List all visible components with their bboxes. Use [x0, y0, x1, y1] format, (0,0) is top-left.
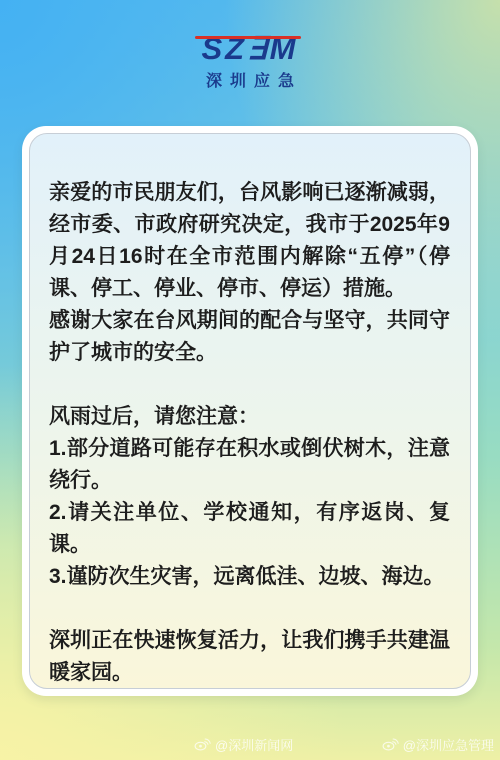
logo-subtitle: 深圳应急 [0, 68, 500, 91]
tip-item: 2.请关注单位、学校通知，有序返岗、复课。 [49, 497, 450, 561]
intro-block: 亲爱的市民朋友们，台风影响已逐渐减弱，经市委、市政府研究决定，我市于2025年9… [49, 177, 450, 369]
typhoon-notice-poster: SZ∃M 深圳应急 亲爱的市民朋友们，台风影响已逐渐减弱，经市委、市政府研究决定… [0, 0, 500, 760]
notice-card-inner: 亲爱的市民朋友们，台风影响已逐渐减弱，经市委、市政府研究决定，我市于2025年9… [29, 133, 471, 689]
tip-item: 1.部分道路可能存在积水或倒伏树木，注意绕行。 [49, 433, 450, 497]
watermark-right: @深圳应急管理 [382, 735, 494, 754]
weibo-icon [382, 738, 399, 751]
tip-item: 3.谨防次生灾害，远离低洼、边坡、海边。 [49, 561, 450, 593]
notice-card: 亲爱的市民朋友们，台风影响已逐渐减弱，经市委、市政府研究决定，我市于2025年9… [22, 126, 478, 696]
closing-block: 深圳正在快速恢复活力，让我们携手共建温暖家园。 [49, 625, 450, 689]
closing-paragraph: 深圳正在快速恢复活力，让我们携手共建温暖家园。 [49, 625, 450, 689]
tips-heading: 风雨过后，请您注意： [49, 401, 450, 433]
watermark-left: @深圳新闻网 [194, 735, 293, 754]
watermark-label: @深圳新闻网 [215, 735, 293, 754]
thanks-paragraph: 感谢大家在台风期间的配合与坚守，共同守护了城市的安全。 [49, 305, 450, 369]
logo-red-line [195, 36, 300, 39]
weibo-icon [194, 738, 211, 751]
notice-body: 亲爱的市民朋友们，台风影响已逐渐减弱，经市委、市政府研究决定，我市于2025年9… [49, 177, 450, 689]
tips-block: 风雨过后，请您注意： 1.部分道路可能存在积水或倒伏树木，注意绕行。 2.请关注… [49, 401, 450, 593]
intro-paragraph: 亲爱的市民朋友们，台风影响已逐渐减弱，经市委、市政府研究决定，我市于2025年9… [49, 177, 450, 305]
watermark-label: @深圳应急管理 [403, 735, 494, 754]
logo: SZ∃M 深圳应急 [0, 33, 500, 91]
logo-wordmark: SZ∃M [201, 33, 298, 66]
